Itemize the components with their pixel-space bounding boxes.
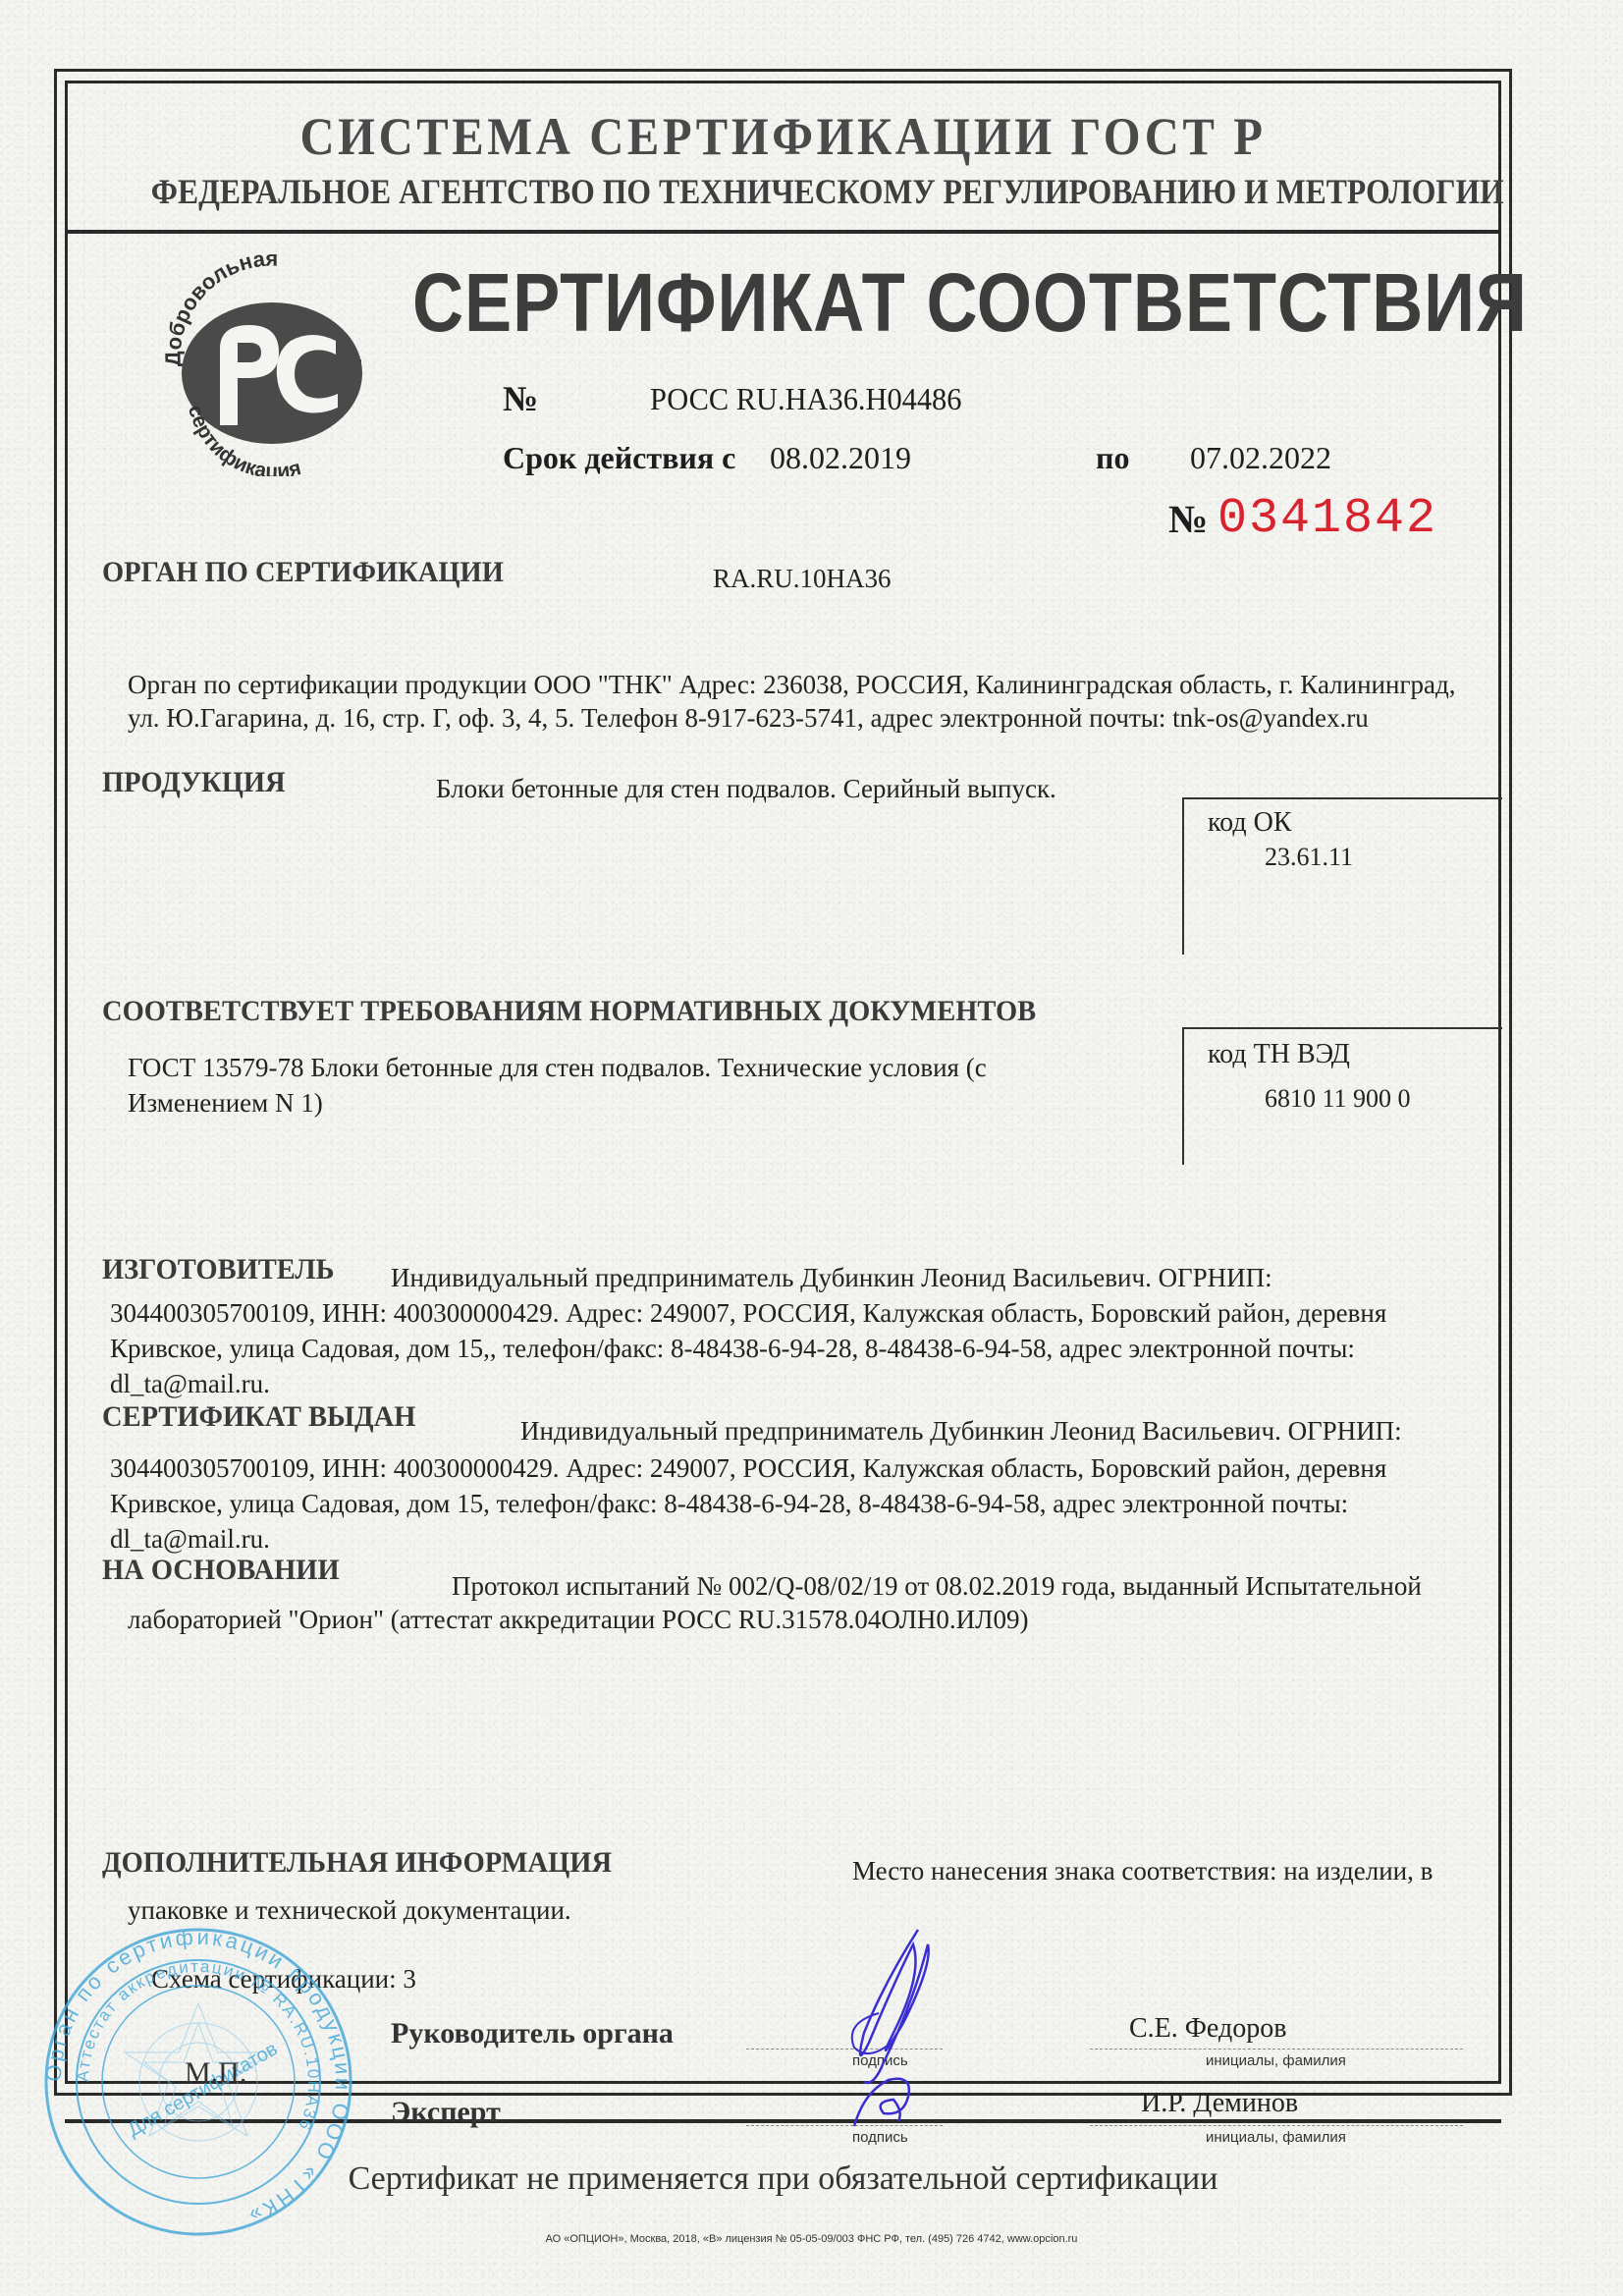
signature-icon — [835, 2072, 933, 2131]
certification-body-code: RA.RU.10HA36 — [713, 560, 892, 597]
tnved-code-label: код ТН ВЭД — [1208, 1039, 1350, 1070]
ok-code-box: код ОК 23.61.11 — [1182, 797, 1502, 955]
head-role-label: Руководитель органа — [391, 2017, 674, 2050]
issued-to-heading: СЕРТИФИКАТ ВЫДАН — [102, 1400, 415, 1434]
ok-code-value: 23.61.11 — [1265, 843, 1353, 872]
compliance-line-2: Изменением N 1) — [128, 1084, 323, 1121]
manufacturer-line-3: dl_ta@mail.ru. — [110, 1365, 270, 1402]
issued-to-line-3: dl_ta@mail.ru. — [110, 1520, 270, 1558]
manufacturer-first-line: Индивидуальный предприниматель Дубинкин … — [391, 1259, 1272, 1296]
manufacturer-line-1: 304400305700109, ИНН: 400300000429. Адре… — [110, 1294, 1386, 1332]
expert-name-line — [1090, 2125, 1463, 2126]
compliance-heading: СООТВЕТСТВУЕТ ТРЕБОВАНИЯМ НОРМАТИВНЫХ ДО… — [102, 995, 1036, 1028]
svg-text:Аттестат аккредитации № RA.RU.: Аттестат аккредитации № RA.RU.10HA36 — [74, 1957, 323, 2134]
rst-logo: Добровольная сертификация — [159, 250, 385, 476]
issued-to-line-2: Кривское, улица Садовая, дом 15, телефон… — [110, 1485, 1348, 1522]
expert-name-caption: инициалы, фамилия — [1206, 2129, 1346, 2146]
validity-label: Срок действия с — [503, 440, 735, 476]
printer-imprint: АО «ОПЦИОН», Москва, 2018, «В» лицензия … — [0, 2233, 1623, 2245]
cert-number: РОСС RU.HA36.H04486 — [650, 381, 961, 417]
expert-role-label: Эксперт — [391, 2096, 501, 2129]
rst-mark-icon: Добровольная сертификация — [159, 250, 385, 476]
stamp-place-label: М.П. — [185, 2054, 246, 2092]
head-name: С.Е. Федоров — [1129, 2013, 1286, 2045]
manufacturer-line-2: Кривское, улица Садовая, дом 15,, телефо… — [110, 1330, 1355, 1367]
certification-body-line-1: Орган по сертификации продукции ООО "ТНК… — [128, 666, 1456, 703]
cert-number-label: № — [503, 378, 538, 419]
head-name-caption: инициалы, фамилия — [1206, 2052, 1346, 2069]
basis-heading: НА ОСНОВАНИИ — [102, 1554, 340, 1587]
valid-to-label: по — [1096, 440, 1129, 476]
stamp-inner-text: Аттестат аккредитации № RA.RU.10HA36 — [74, 1957, 323, 2134]
expert-name: И.Р. Деминов — [1141, 2088, 1298, 2119]
expert-signature-scribble — [835, 2072, 933, 2131]
compliance-line-1: ГОСТ 13579-78 Блоки бетонные для стен по… — [128, 1049, 987, 1086]
document-title: СЕРТИФИКАТ СООТВЕТСТВИЯ — [412, 255, 1528, 351]
blank-number-label: № — [1168, 496, 1208, 542]
additional-info-line-1: Место нанесения знака соответствия: на и… — [852, 1852, 1433, 1889]
certification-body-heading: ОРГАН ПО СЕРТИФИКАЦИИ — [102, 556, 504, 589]
head-signature-scribble — [825, 1925, 972, 2092]
ok-code-label: код ОК — [1208, 807, 1292, 839]
signature-icon — [825, 1925, 972, 2092]
blank-serial-number: 0341842 — [1217, 491, 1437, 547]
system-title: СИСТЕМА СЕРТИФИКАЦИИ ГОСТ Р — [136, 106, 1430, 167]
agency-name: ФЕДЕРАЛЬНОЕ АГЕНТСТВО ПО ТЕХНИЧЕСКОМУ РЕ… — [151, 171, 1415, 212]
basis-line-2: лабораторией "Орион" (аттестат аккредита… — [128, 1601, 1028, 1638]
additional-info-heading: ДОПОЛНИТЕЛЬНАЯ ИНФОРМАЦИЯ — [102, 1846, 612, 1880]
product-heading: ПРОДУКЦИЯ — [102, 766, 286, 799]
head-name-line — [1090, 2049, 1463, 2050]
issued-to-first-line: Индивидуальный предприниматель Дубинкин … — [520, 1412, 1402, 1449]
basis-line-1: Протокол испытаний № 002/Q-08/02/19 от 0… — [452, 1567, 1422, 1605]
valid-to-date: 07.02.2022 — [1190, 440, 1331, 476]
header-divider — [65, 230, 1501, 234]
additional-info-line-2: упаковке и технической документации. — [128, 1891, 571, 1929]
issued-to-line-1: 304400305700109, ИНН: 400300000429. Адре… — [110, 1449, 1386, 1487]
tnved-code-value: 6810 11 900 0 — [1265, 1084, 1411, 1114]
tnved-code-box: код ТН ВЭД 6810 11 900 0 — [1182, 1027, 1502, 1165]
valid-from-date: 08.02.2019 — [770, 440, 911, 476]
voluntary-certification-note: Сертификат не применяется при обязательн… — [65, 2160, 1501, 2198]
product-description: Блоки бетонные для стен подвалов. Серийн… — [436, 770, 1056, 807]
manufacturer-heading: ИЗГОТОВИТЕЛЬ — [102, 1253, 335, 1286]
certification-body-line-2: ул. Ю.Гагарина, д. 16, стр. Г, оф. 3, 4,… — [128, 699, 1369, 737]
expert-signature-caption: подпись — [852, 2129, 908, 2146]
